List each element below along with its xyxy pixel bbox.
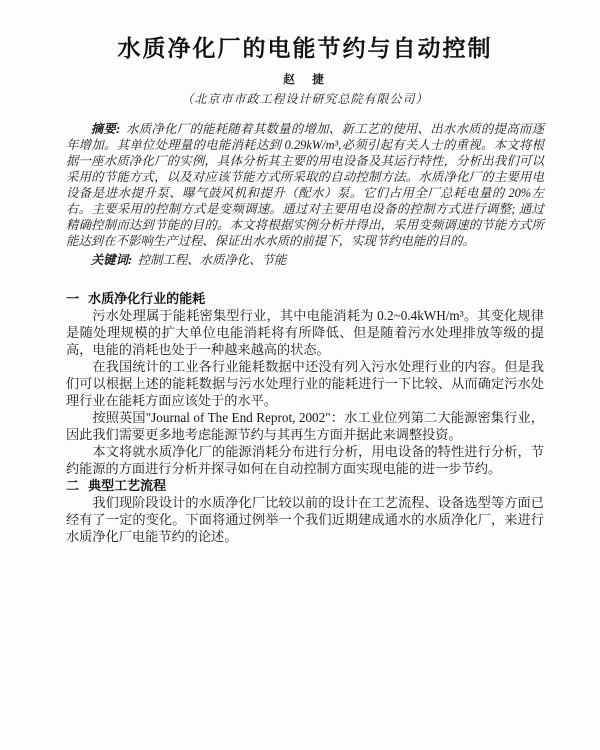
keywords-label: 关键词: (91, 253, 132, 267)
abstract-label: 摘要: (91, 122, 120, 136)
section-title-2: 典型工艺流程 (88, 478, 166, 493)
section-number-1: 一 (66, 291, 79, 306)
keywords-text: 控制工程、水质净化、节能 (138, 253, 287, 267)
abstract-paragraph: 摘要:水质净化厂的能耗随着其数量的增加、新工艺的使用、出水水质的提高而逐年增加。… (66, 121, 544, 249)
section-heading-2: 二典型工艺流程 (66, 477, 544, 494)
section-title-1: 水质净化行业的能耗 (88, 291, 205, 306)
author-affiliation: （北京市市政工程设计研究总院有限公司） (66, 90, 544, 121)
paragraph: 按照英国"Journal of The End Reprot, 2002"：水工… (66, 409, 544, 443)
section-heading-1: 一水质净化行业的能耗 (66, 290, 544, 307)
paragraph: 在我国统计的工业各行业能耗数据中还没有列入污水处理行业的内容。但是我们可以根据上… (66, 358, 544, 409)
page-title: 水质净化厂的电能节约与自动控制 (66, 30, 544, 69)
paragraph: 污水处理属于能耗密集型行业，其中电能消耗为 0.2~0.4kWH/m³。其变化规… (66, 307, 544, 358)
author-name: 赵 捷 (66, 69, 544, 90)
document-page: 水质净化厂的电能节约与自动控制 赵 捷 （北京市市政工程设计研究总院有限公司） … (0, 0, 600, 750)
keywords-line: 关键词:控制工程、水质净化、节能 (66, 252, 544, 268)
paragraph: 我们现阶段设计的水质净化厂比较以前的设计在工艺流程、设备选型等方面已经有了一定的… (66, 494, 544, 545)
abstract-text: 水质净化厂的能耗随着其数量的增加、新工艺的使用、出水水质的提高而逐年增加。其单位… (66, 122, 544, 248)
paragraph: 本文将就水质净化厂的能源消耗分布进行分析，用电设备的特性进行分析，节约能源的方面… (66, 443, 544, 477)
section-number-2: 二 (66, 478, 79, 493)
